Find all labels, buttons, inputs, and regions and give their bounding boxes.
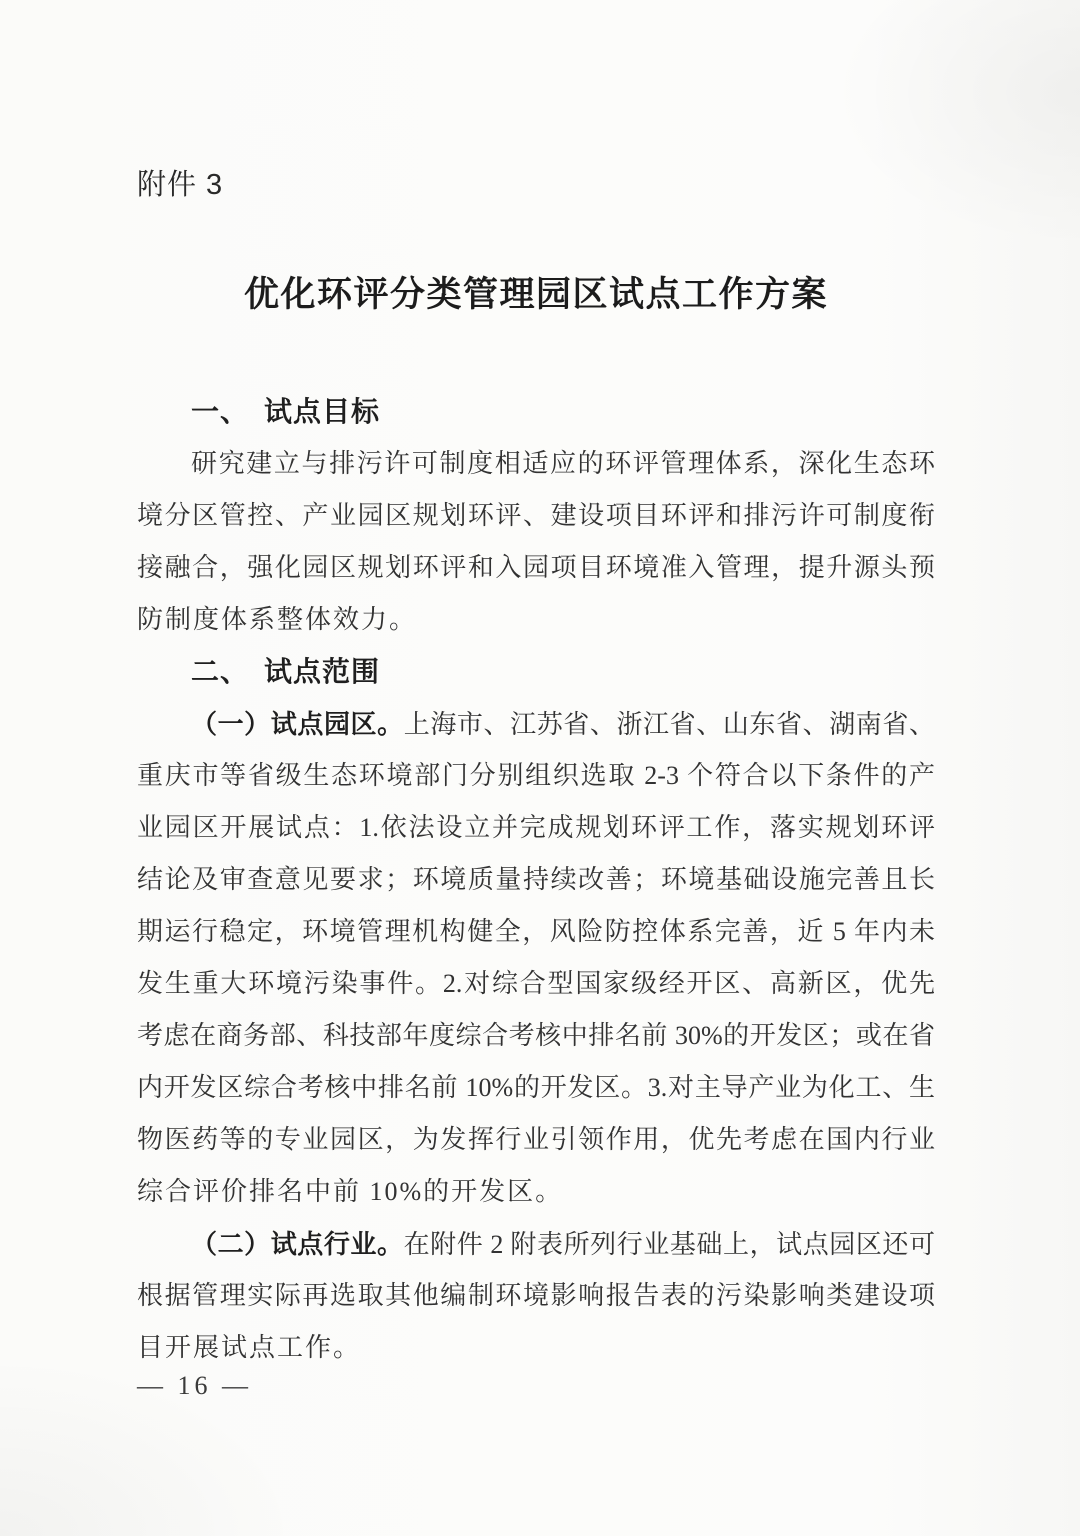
text-line: 研究建立与排污许可制度相适应的环评管理体系，深化生态环 — [137, 438, 935, 490]
text-line: 考虑在商务部、科技部年度综合考核中排名前 30%的开发区；或在省 — [137, 1010, 935, 1062]
text-line: 期运行稳定，环境管理机构健全，风险防控体系完善，近 5 年内未 — [137, 906, 935, 958]
text-line: 发生重大环境污染事件。2.对综合型国家级经开区、高新区，优先 — [137, 958, 935, 1010]
document-body: 一、 试点目标研究建立与排污许可制度相适应的环评管理体系，深化生态环境分区管控、… — [137, 386, 935, 1374]
text-line: 根据管理实际再选取其他编制环境影响报告表的污染影响类建设项 — [137, 1270, 935, 1322]
text-line: 目开展试点工作。 — [137, 1322, 935, 1374]
text-line: 综合评价排名中前 10%的开发区。 — [137, 1166, 935, 1218]
attachment-label: 附件 3 — [137, 165, 223, 205]
text-line: 接融合，强化园区规划环评和入园项目环境准入管理，提升源头预 — [137, 542, 935, 594]
document-title: 优化环评分类管理园区试点工作方案 — [137, 270, 935, 320]
text-line: 防制度体系整体效力。 — [137, 594, 935, 646]
document-page: 附件 3 优化环评分类管理园区试点工作方案 一、 试点目标研究建立与排污许可制度… — [0, 0, 1080, 1536]
text-line: （一）试点园区。上海市、江苏省、浙江省、山东省、湖南省、 — [137, 698, 935, 750]
paragraph-lead: （二）试点行业。 — [191, 1229, 404, 1259]
text-line: 物医药等的专业园区，为发挥行业引领作用，优先考虑在国内行业 — [137, 1114, 935, 1166]
section-heading: 二、 试点范围 — [137, 646, 935, 698]
text-line: （二）试点行业。在附件 2 附表所列行业基础上，试点园区还可 — [137, 1218, 935, 1270]
page-number: — 16 — — [137, 1368, 252, 1404]
section-heading: 一、 试点目标 — [137, 386, 935, 438]
text-line: 重庆市等省级生态环境部门分别组织选取 2-3 个符合以下条件的产 — [137, 750, 935, 802]
text-line: 结论及审查意见要求；环境质量持续改善；环境基础设施完善且长 — [137, 854, 935, 906]
text-line: 内开发区综合考核中排名前 10%的开发区。3.对主导产业为化工、生 — [137, 1062, 935, 1114]
text-line: 业园区开展试点：1.依法设立并完成规划环评工作，落实规划环评 — [137, 802, 935, 854]
text-line: 境分区管控、产业园区规划环评、建设项目环评和排污许可制度衔 — [137, 490, 935, 542]
paragraph-lead: （一）试点园区。 — [191, 709, 404, 739]
